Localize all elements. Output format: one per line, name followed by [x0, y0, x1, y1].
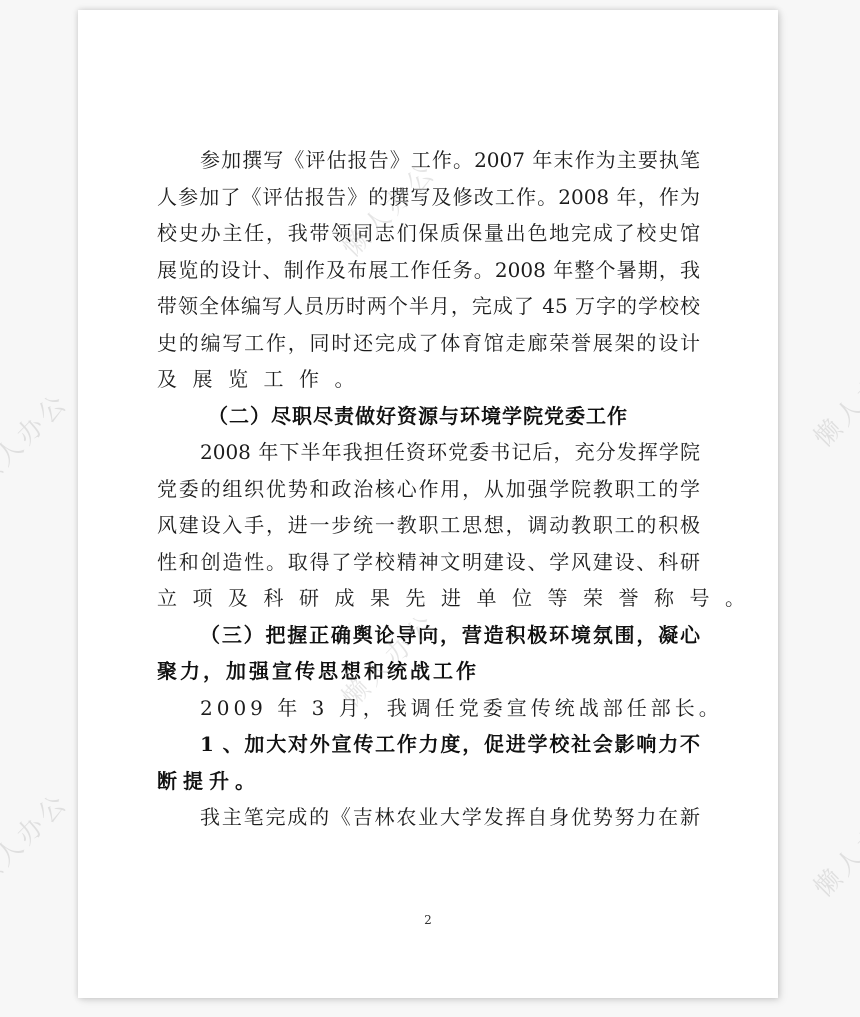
paragraph-line: 史的编写工作，同时还完成了体育馆走廊荣誉展架的设计 [157, 328, 700, 358]
watermark: 懒人办公 [0, 383, 76, 494]
paragraph-line: 风建设入手，进一步统一教职工思想，调动教职工的积极 [157, 510, 700, 540]
paragraph-line: 2008 年下半年我担任资环党委书记后，充分发挥学院 [200, 437, 700, 467]
section-heading-3-cont: 聚力，加强宣传思想和统战工作 [157, 656, 700, 686]
section-heading-3: （三）把握正确舆论导向，营造积极环境氛围，凝心 [200, 620, 700, 650]
section-heading-2: （二）尽职尽责做好资源与环境学院党委工作 [208, 401, 700, 431]
paragraph-line: 及展览工作。 [157, 364, 700, 394]
watermark: 懒人办公 [804, 343, 860, 454]
watermark: 懒人办公 [0, 783, 76, 894]
page-number: 2 [78, 913, 778, 927]
paragraph-line: 我主笔完成的《吉林农业大学发挥自身优势努力在新 [200, 802, 700, 832]
paragraph-line: 带领全体编写人员历时两个半月，完成了 45 万字的学校校 [157, 291, 700, 321]
document-page: 参加撰写《评估报告》工作。2007 年末作为主要执笔 人参加了《评估报告》的撰写… [78, 10, 778, 998]
watermark: 懒人办公 [804, 793, 860, 904]
paragraph-line: 立项及科研成果先进单位等荣誉称号。 [157, 583, 700, 613]
subsection-heading-1: 1 、加大对外宣传工作力度，促进学校社会影响力不 [200, 729, 700, 759]
paragraph-line: 展览的设计、制作及布展工作任务。2008 年整个暑期，我 [157, 255, 700, 285]
paragraph-line: 人参加了《评估报告》的撰写及修改工作。2008 年，作为 [157, 182, 700, 212]
paragraph-line: 校史办主任，我带领同志们保质保量出色地完成了校史馆 [157, 218, 700, 248]
paragraph-line: 党委的组织优势和政治核心作用，从加强学院教职工的学 [157, 474, 700, 504]
subsection-heading-1-cont: 断提升。 [157, 766, 700, 796]
paragraph-line: 性和创造性。取得了学校精神文明建设、学风建设、科研 [157, 547, 700, 577]
paragraph-line: 2009 年 3 月，我调任党委宣传统战部任部长。 [200, 693, 700, 723]
paragraph-line: 参加撰写《评估报告》工作。2007 年末作为主要执笔 [200, 145, 700, 175]
